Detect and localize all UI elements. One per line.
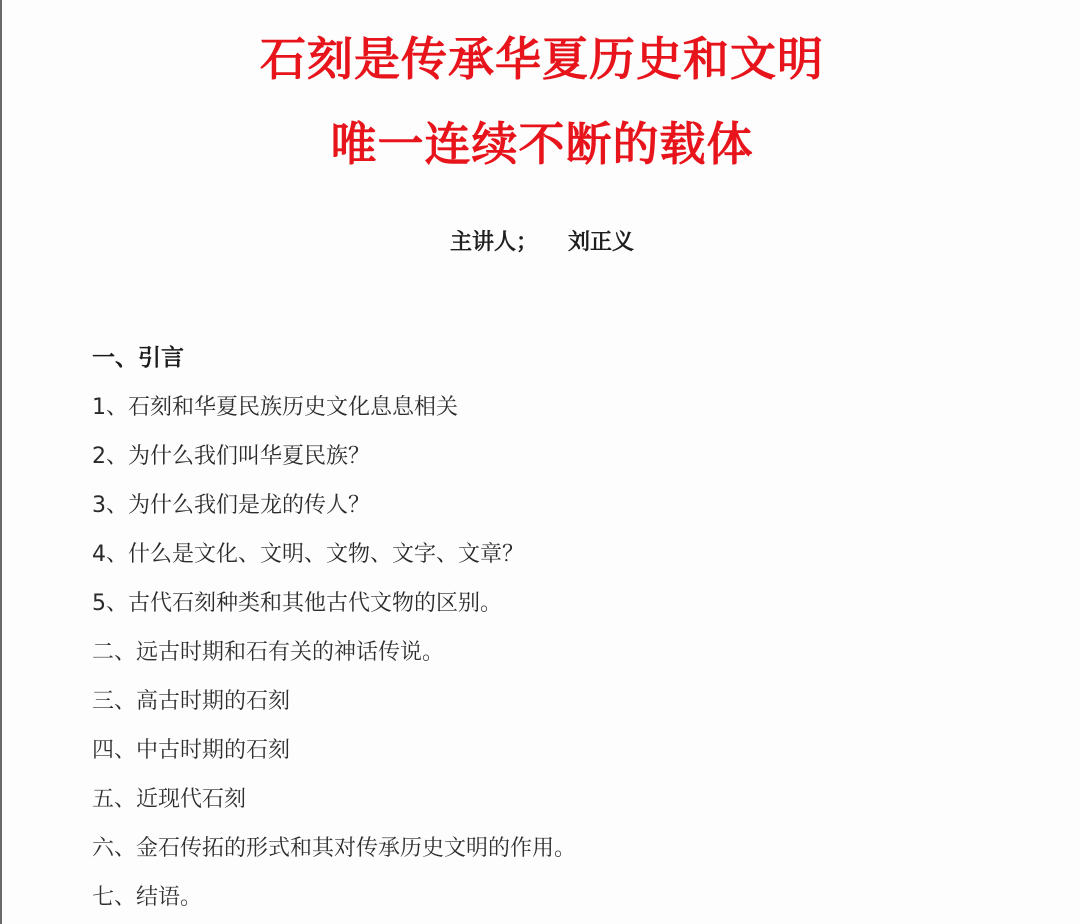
outline-section: 四、中古时期的石刻	[92, 731, 576, 780]
speaker-name: 刘正义	[568, 230, 634, 255]
outline-heading-introduction: 一、引言	[92, 338, 576, 388]
speaker-line: 主讲人；刘正义	[2, 226, 1080, 260]
document-page: 石刻是传承华夏历史和文明 唯一连续不断的载体 主讲人；刘正义 一、引言 1、石刻…	[0, 0, 1080, 924]
outline-subitem: 4、什么是文化、文明、文物、文字、文章？	[92, 535, 576, 584]
outline-list: 一、引言 1、石刻和华夏民族历史文化息息相关 2、为什么我们叫华夏民族？ 3、为…	[92, 338, 576, 924]
outline-subitem: 2、为什么我们叫华夏民族？	[92, 437, 576, 486]
document-title-line-2: 唯一连续不断的载体	[2, 116, 1080, 172]
outline-section: 六、金石传拓的形式和其对传承历史文明的作用。	[92, 829, 576, 878]
outline-subitem: 3、为什么我们是龙的传人？	[92, 486, 576, 535]
document-title-line-1: 石刻是传承华夏历史和文明	[2, 31, 1080, 87]
outline-section: 七、结语。	[92, 878, 576, 924]
outline-subitem: 1、石刻和华夏民族历史文化息息相关	[92, 388, 576, 437]
outline-subitem: 5、古代石刻种类和其他古代文物的区别。	[92, 584, 576, 633]
outline-section: 二、远古时期和石有关的神话传说。	[92, 633, 576, 682]
outline-section: 五、近现代石刻	[92, 780, 576, 829]
outline-section: 三、高古时期的石刻	[92, 682, 576, 731]
speaker-label: 主讲人；	[450, 230, 538, 255]
